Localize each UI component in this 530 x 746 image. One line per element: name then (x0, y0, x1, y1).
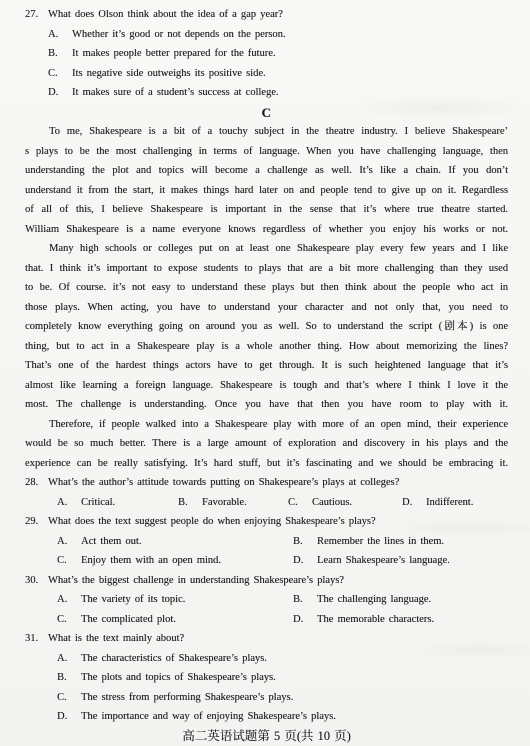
passage-p2-line: those plays. When acting, you have to un… (25, 298, 508, 318)
question-29-option-c: C. Enjoy them with an open mind. (57, 551, 293, 571)
question-31-option-b: B. The plots and topics of Shakespeare’s… (25, 668, 508, 688)
question-29-number: 29. (25, 512, 48, 532)
option-text: Favorable. (202, 493, 247, 513)
question-30-option-b: B. The challenging language. (293, 590, 508, 610)
question-29-option-a: A. Act them out. (57, 532, 293, 552)
passage-p1-line: William Shakespeare is a name everyone k… (25, 220, 508, 240)
option-text: The characteristics of Shakespeare’s pla… (81, 649, 267, 669)
option-letter: A. (57, 532, 81, 552)
option-text: Act them out. (81, 532, 141, 552)
option-text: The challenging language. (317, 590, 431, 610)
option-text: The variety of its topic. (81, 590, 185, 610)
question-30-text: What’s the biggest challenge in understa… (48, 571, 508, 591)
passage-p2-line: completely know everything going on arou… (25, 317, 508, 337)
passage-p3-line: experience can be really satisfying. It’… (25, 454, 508, 474)
question-29: 29. What does the text suggest people do… (25, 512, 508, 532)
question-27-option-a: A. Whether it’s good or not depends on t… (25, 25, 508, 45)
question-31-text: What is the text mainly about? (48, 629, 508, 649)
question-28-option-d: D. Indifferent. (402, 493, 508, 513)
exam-page: 27. What does Olson think about the idea… (0, 0, 530, 746)
question-29-options-row-2: C. Enjoy them with an open mind. D. Lear… (25, 551, 508, 571)
option-text: The stress from performing Shakespeare’s… (81, 688, 293, 708)
option-text: The importance and way of enjoying Shake… (81, 707, 336, 727)
passage-p1-line: understanding the plot and topics will b… (25, 161, 508, 181)
question-28: 28. What’s the author’s attitude towards… (25, 473, 508, 493)
option-letter: C. (57, 610, 81, 630)
option-text: Learn Shakespeare’s language. (317, 551, 450, 571)
passage-p3-line: would be so much better. There is a larg… (25, 434, 508, 454)
section-c-heading: C (25, 103, 508, 123)
passage-p2-line: most. The challenge is understanding. On… (25, 395, 508, 415)
question-30-option-a: A. The variety of its topic. (57, 590, 293, 610)
option-letter: C. (288, 493, 312, 513)
question-30: 30. What’s the biggest challenge in unde… (25, 571, 508, 591)
option-letter: D. (293, 551, 317, 571)
page-footer: 高二英语试题第 5 页(共 10 页) (25, 727, 508, 746)
passage-p1-line: s plays to be the most challenging in te… (25, 142, 508, 162)
question-31-option-a: A. The characteristics of Shakespeare’s … (25, 649, 508, 669)
option-letter: B. (178, 493, 202, 513)
question-29-text: What does the text suggest people do whe… (48, 512, 508, 532)
option-text: Cautious. (312, 493, 352, 513)
option-text: It makes people better prepared for the … (72, 44, 276, 64)
option-text: The memorable characters. (317, 610, 434, 630)
passage-p1-line: understand it from the start, it makes t… (25, 181, 508, 201)
option-text: Whether it’s good or not depends on the … (72, 25, 286, 45)
option-letter: A. (57, 590, 81, 610)
question-31: 31. What is the text mainly about? (25, 629, 508, 649)
option-letter: C. (48, 64, 72, 84)
question-30-options-row-1: A. The variety of its topic. B. The chal… (25, 590, 508, 610)
question-29-option-b: B. Remember the lines in them. (293, 532, 508, 552)
passage-p2-line: to be. Of course. it’s not easy to under… (25, 278, 508, 298)
question-30-option-c: C. The complicated plot. (57, 610, 293, 630)
option-letter: D. (293, 610, 317, 630)
option-letter: D. (57, 707, 81, 727)
option-letter: C. (57, 551, 81, 571)
option-text: The plots and topics of Shakespeare’s pl… (81, 668, 276, 688)
question-30-number: 30. (25, 571, 48, 591)
passage-p2-line: almost like learning a foreign language.… (25, 376, 508, 396)
question-27-option-d: D. It makes sure of a student’s success … (25, 83, 508, 103)
option-letter: B. (293, 590, 317, 610)
question-28-option-a: A. Critical. (57, 493, 178, 513)
passage-p2-line: thing, but to act in a Shakespeare play … (25, 337, 508, 357)
option-letter: A. (57, 649, 81, 669)
option-text: Its negative side outweighs its positive… (72, 64, 266, 84)
question-27-option-b: B. It makes people better prepared for t… (25, 44, 508, 64)
option-letter: B. (48, 44, 72, 64)
option-letter: B. (293, 532, 317, 552)
question-30-option-d: D. The memorable characters. (293, 610, 508, 630)
option-text: Indifferent. (426, 493, 473, 513)
option-letter: D. (48, 83, 72, 103)
option-text: Enjoy them with an open mind. (81, 551, 221, 571)
option-letter: A. (57, 493, 81, 513)
option-letter: A. (48, 25, 72, 45)
question-27-option-c: C. Its negative side outweighs its posit… (25, 64, 508, 84)
question-28-options: A. Critical. B. Favorable. C. Cautious. … (25, 493, 508, 513)
question-27-text: What does Olson think about the idea of … (48, 5, 508, 25)
question-28-option-b: B. Favorable. (178, 493, 288, 513)
question-27-number: 27. (25, 5, 48, 25)
option-text: Remember the lines in them. (317, 532, 444, 552)
option-text: The complicated plot. (81, 610, 176, 630)
question-28-option-c: C. Cautious. (288, 493, 402, 513)
passage-p1-line: To me, Shakespeare is a bit of a touchy … (25, 122, 508, 142)
option-text: Critical. (81, 493, 115, 513)
option-letter: C. (57, 688, 81, 708)
question-28-number: 28. (25, 473, 48, 493)
passage-p1-line: of all of this, I believe Shakespeare is… (25, 200, 508, 220)
option-letter: B. (57, 668, 81, 688)
option-text: It makes sure of a student’s success at … (72, 83, 278, 103)
question-30-options-row-2: C. The complicated plot. D. The memorabl… (25, 610, 508, 630)
question-27: 27. What does Olson think about the idea… (25, 5, 508, 25)
passage-p2-line: That’s one of the hardest things actors … (25, 356, 508, 376)
passage-p2-line: that. I think it’s important to expose s… (25, 259, 508, 279)
passage-p3-line: Therefore, if people walked into a Shake… (25, 415, 508, 435)
question-31-number: 31. (25, 629, 48, 649)
passage-p2-line: Many high schools or colleges put on at … (25, 239, 508, 259)
question-29-option-d: D. Learn Shakespeare’s language. (293, 551, 508, 571)
question-31-option-d: D. The importance and way of enjoying Sh… (25, 707, 508, 727)
question-29-options-row-1: A. Act them out. B. Remember the lines i… (25, 532, 508, 552)
option-letter: D. (402, 493, 426, 513)
question-28-text: What’s the author’s attitude towards put… (48, 473, 508, 493)
question-31-option-c: C. The stress from performing Shakespear… (25, 688, 508, 708)
